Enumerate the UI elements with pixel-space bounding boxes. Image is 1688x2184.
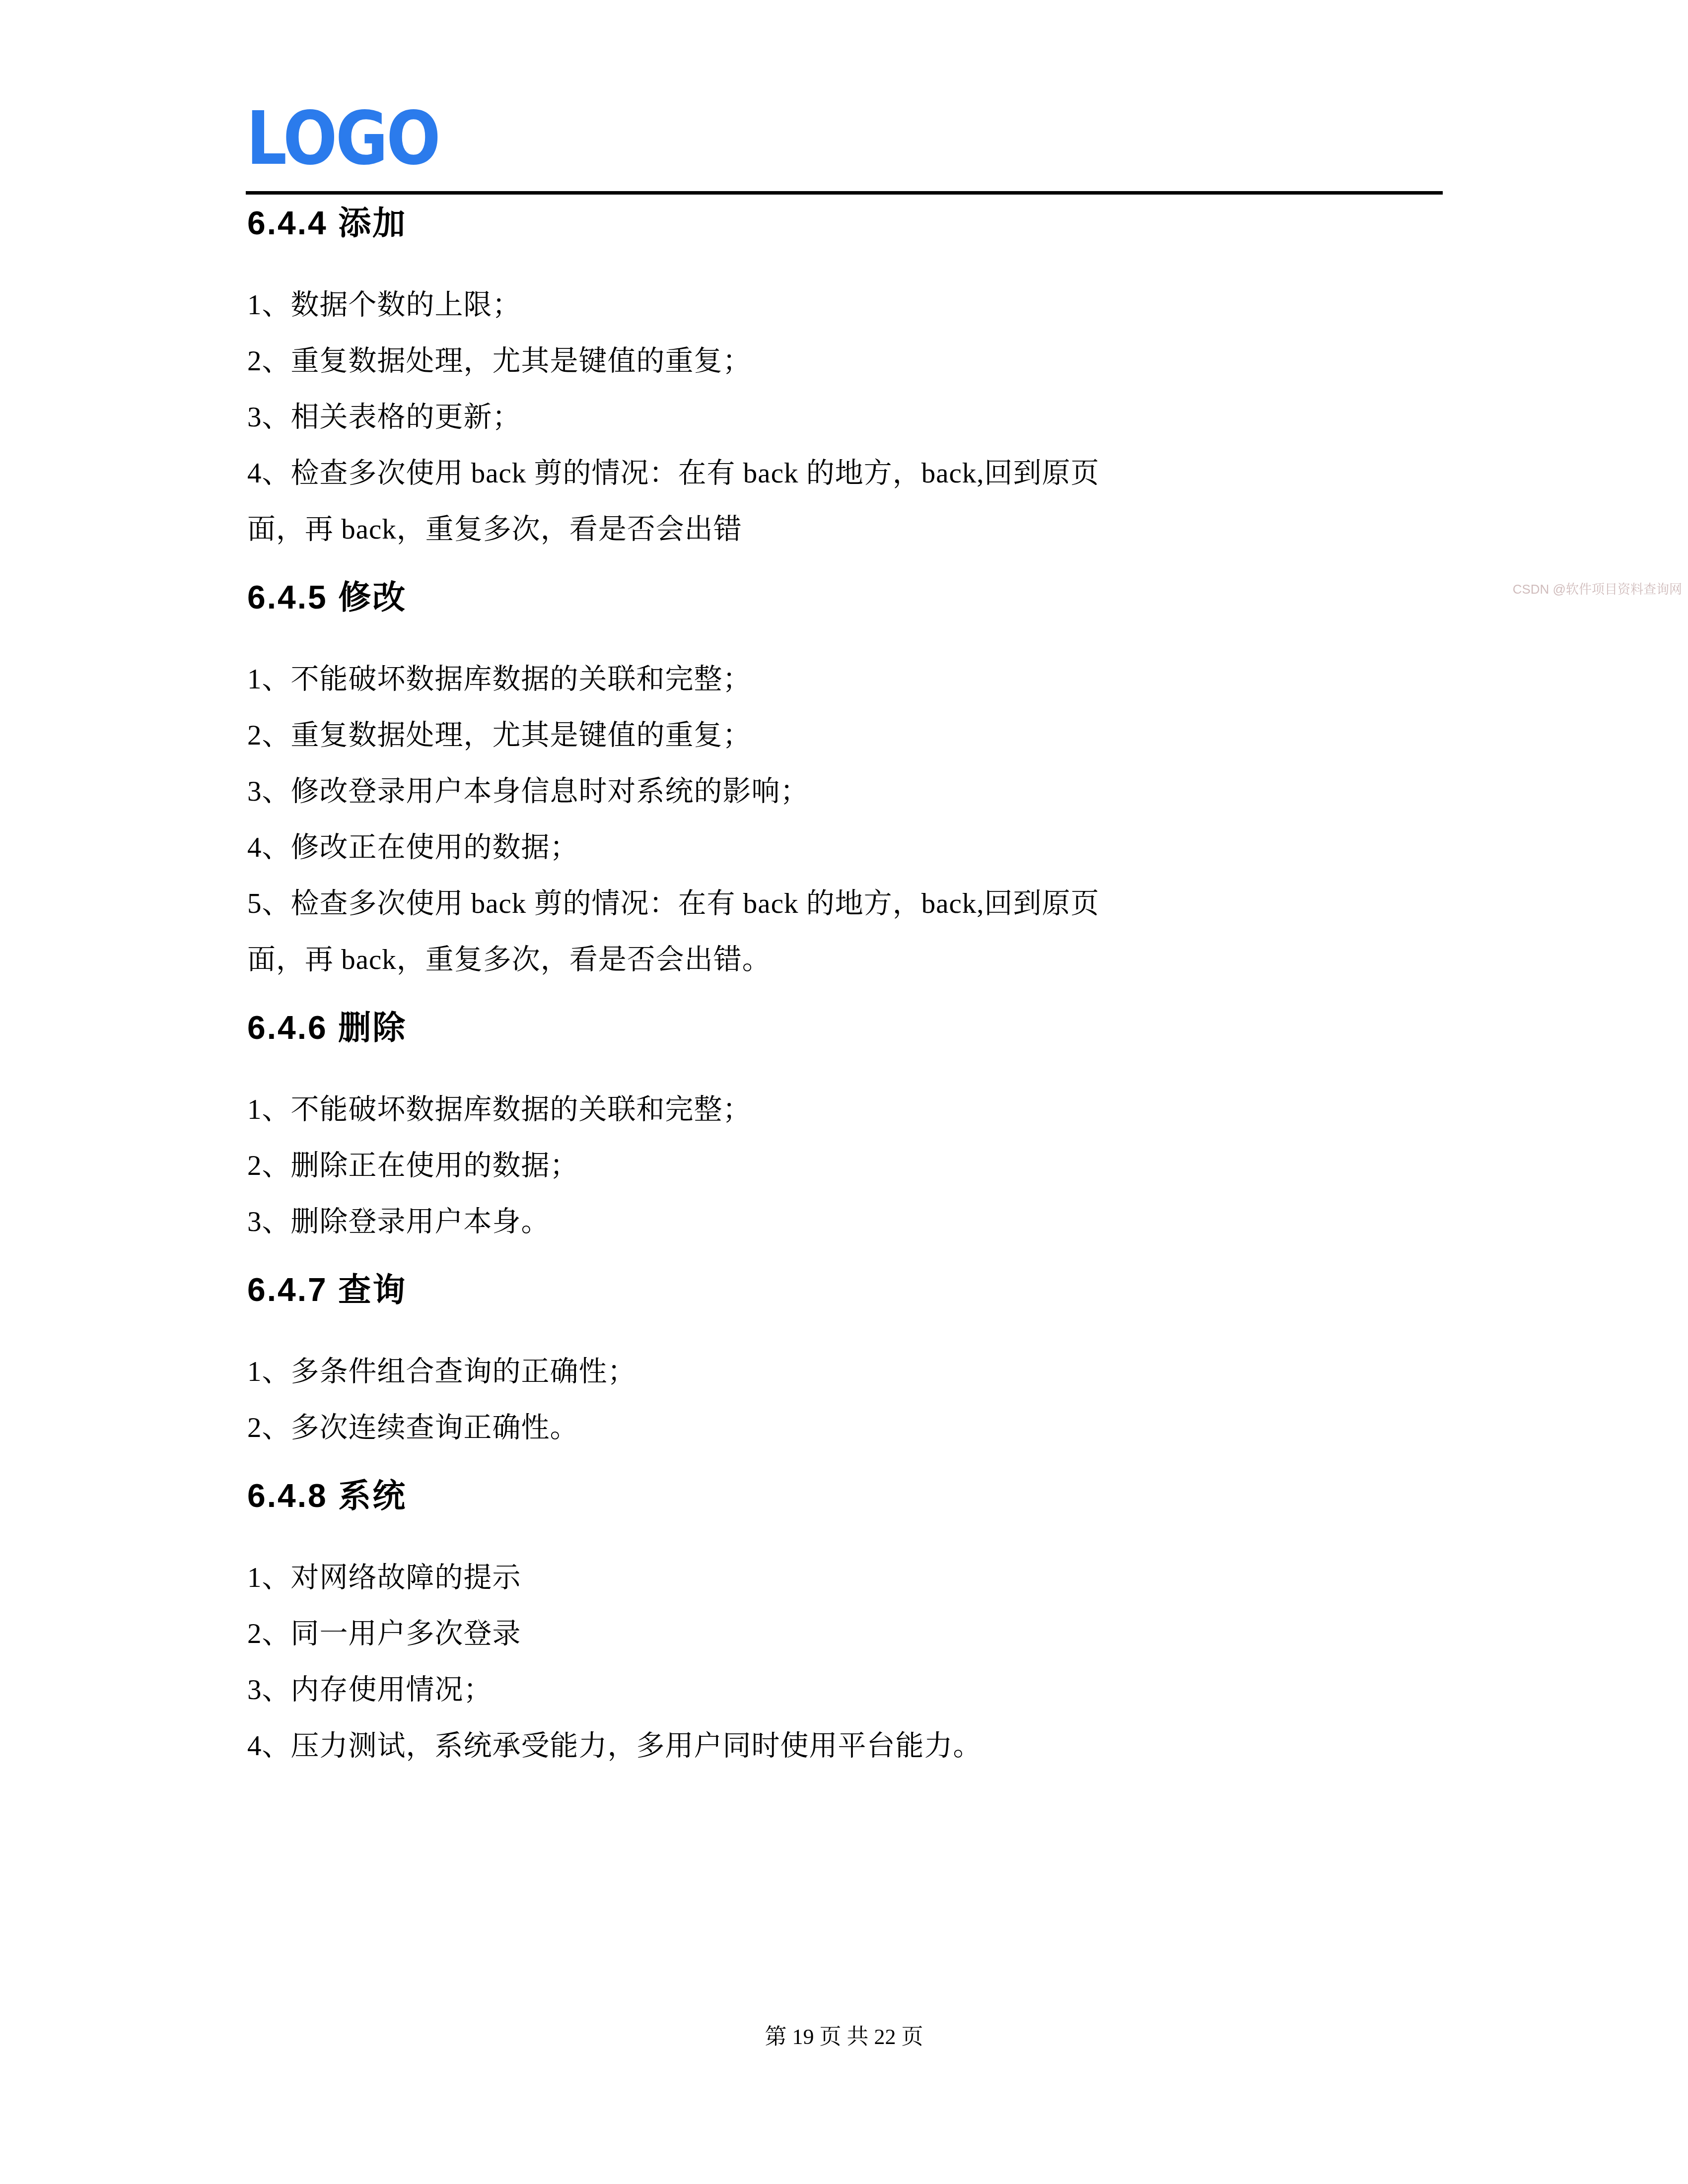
list-line: 2、重复数据处理，尤其是键值的重复； — [247, 333, 1449, 389]
list-line: 1、多条件组合查询的正确性； — [247, 1344, 1449, 1400]
list-line: 4、压力测试，系统承受能力，多用户同时使用平台能力。 — [247, 1718, 1449, 1774]
csdn-watermark: CSDN @软件项目资料查询网 — [1513, 582, 1682, 597]
list-line: 3、修改登录用户本身信息时对系统的影响； — [247, 763, 1449, 819]
section-list: 1、数据个数的上限；2、重复数据处理，尤其是键值的重复；3、相关表格的更新；4、… — [247, 277, 1449, 557]
section-heading: 6.4.7 查询 — [247, 1273, 1449, 1306]
page-number-footer: 第 19 页 共 22 页 — [0, 2024, 1688, 2050]
list-line: 3、删除登录用户本身。 — [247, 1194, 1449, 1250]
list-line: 1、数据个数的上限； — [247, 277, 1449, 333]
company-logo: LOGO — [246, 102, 439, 175]
document-body: 6.4.4 添加1、数据个数的上限；2、重复数据处理，尤其是键值的重复；3、相关… — [247, 198, 1449, 1774]
list-line: 3、内存使用情况； — [247, 1662, 1449, 1718]
list-line: 1、不能破坏数据库数据的关联和完整； — [247, 1082, 1449, 1138]
list-line: 5、检查多次使用 back 剪的情况：在有 back 的地方，back,回到原页 — [247, 876, 1449, 932]
list-line: 2、同一用户多次登录 — [247, 1606, 1449, 1662]
section-heading: 6.4.5 修改 — [247, 580, 1449, 614]
list-line: 1、对网络故障的提示 — [247, 1550, 1449, 1606]
section-heading: 6.4.8 系统 — [247, 1479, 1449, 1512]
header-divider — [246, 191, 1443, 195]
list-line: 4、修改正在使用的数据； — [247, 819, 1449, 876]
section-list: 1、多条件组合查询的正确性；2、多次连续查询正确性。 — [247, 1344, 1449, 1456]
list-line: 3、相关表格的更新； — [247, 389, 1449, 445]
section-heading: 6.4.6 删除 — [247, 1011, 1449, 1044]
section-list: 1、不能破坏数据库数据的关联和完整；2、重复数据处理，尤其是键值的重复；3、修改… — [247, 651, 1449, 988]
list-line: 2、重复数据处理，尤其是键值的重复； — [247, 707, 1449, 763]
section-list: 1、不能破坏数据库数据的关联和完整；2、删除正在使用的数据；3、删除登录用户本身… — [247, 1082, 1449, 1250]
list-line: 面，再 back，重复多次，看是否会出错。 — [247, 932, 1449, 988]
list-line: 4、检查多次使用 back 剪的情况：在有 back 的地方，back,回到原页 — [247, 445, 1449, 501]
document-page: LOGO CSDN @软件项目资料查询网 6.4.4 添加1、数据个数的上限；2… — [0, 0, 1688, 2184]
section-heading: 6.4.4 添加 — [247, 206, 1449, 240]
section-list: 1、对网络故障的提示2、同一用户多次登录3、内存使用情况；4、压力测试，系统承受… — [247, 1550, 1449, 1774]
list-line: 2、删除正在使用的数据； — [247, 1138, 1449, 1194]
list-line: 1、不能破坏数据库数据的关联和完整； — [247, 651, 1449, 707]
list-line: 2、多次连续查询正确性。 — [247, 1400, 1449, 1456]
list-line: 面，再 back，重复多次，看是否会出错 — [247, 501, 1449, 557]
